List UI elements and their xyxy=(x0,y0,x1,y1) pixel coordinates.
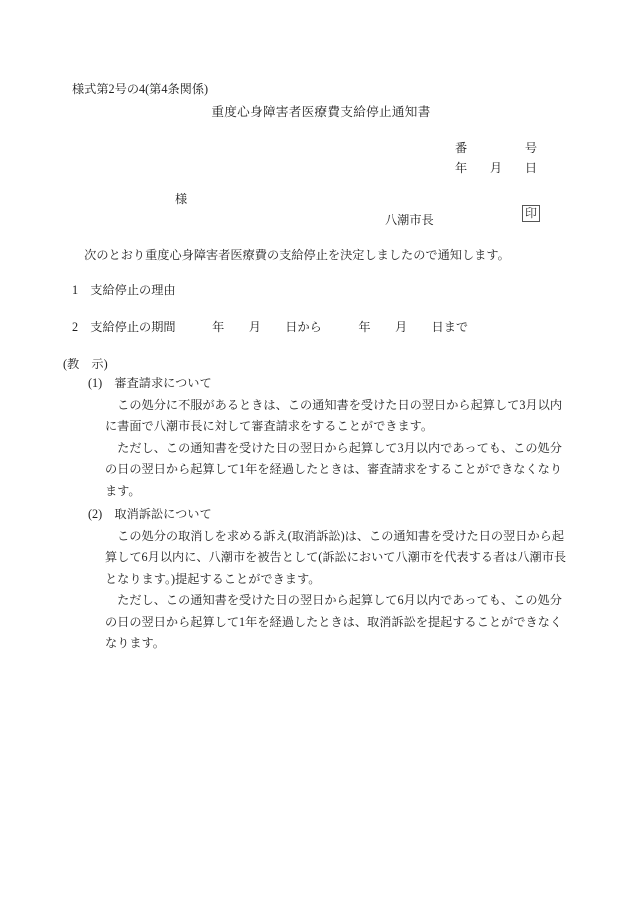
page-title: 重度心身障害者医療費支給停止通知書 xyxy=(0,101,630,120)
document-number-line: 番 号 xyxy=(455,139,537,156)
note-1-body: この処分に不服があるときは、この通知書を受けた日の翌日から起算して3月以内 に書… xyxy=(105,395,562,503)
item-suspension-reason: 1 支給停止の理由 xyxy=(72,281,176,298)
date-year-label: 年 xyxy=(455,159,467,176)
form-number: 様式第2号の4(第4条関係) xyxy=(72,80,208,97)
notice-document-page: 様式第2号の4(第4条関係) 重度心身障害者医療費支給停止通知書 番 号 年 月… xyxy=(0,0,630,903)
item-suspension-period: 2 支給停止の期間 年 月 日から 年 月 日まで xyxy=(72,318,468,335)
note-2-body: この処分の取消しを求める訴え(取消訴訟)は、この通知書を受けた日の翌日から起 算… xyxy=(105,526,566,655)
number-suffix: 号 xyxy=(525,139,537,156)
issuer-name: 八潮市長 xyxy=(385,211,434,228)
date-month-label: 月 xyxy=(490,159,502,176)
addressee-honorific: 様 xyxy=(175,190,187,207)
note-section-review-request: (1) 審査請求について この処分に不服があるときは、この通知書を受けた日の翌日… xyxy=(88,373,562,502)
official-seal: 印 xyxy=(522,205,540,222)
notes-heading: (教 示) xyxy=(63,355,108,372)
number-label: 番 xyxy=(455,139,467,156)
intro-sentence: 次のとおり重度心身障害者医療費の支給停止を決定しましたので通知します。 xyxy=(72,246,510,263)
note-1-title: (1) 審査請求について xyxy=(88,373,562,395)
note-section-revocation-suit: (2) 取消訴訟について この処分の取消しを求める訴え(取消訴訟)は、この通知書… xyxy=(88,504,566,655)
date-line: 年 月 日 xyxy=(455,159,537,176)
date-day-label: 日 xyxy=(525,159,537,176)
note-2-title: (2) 取消訴訟について xyxy=(88,504,566,526)
